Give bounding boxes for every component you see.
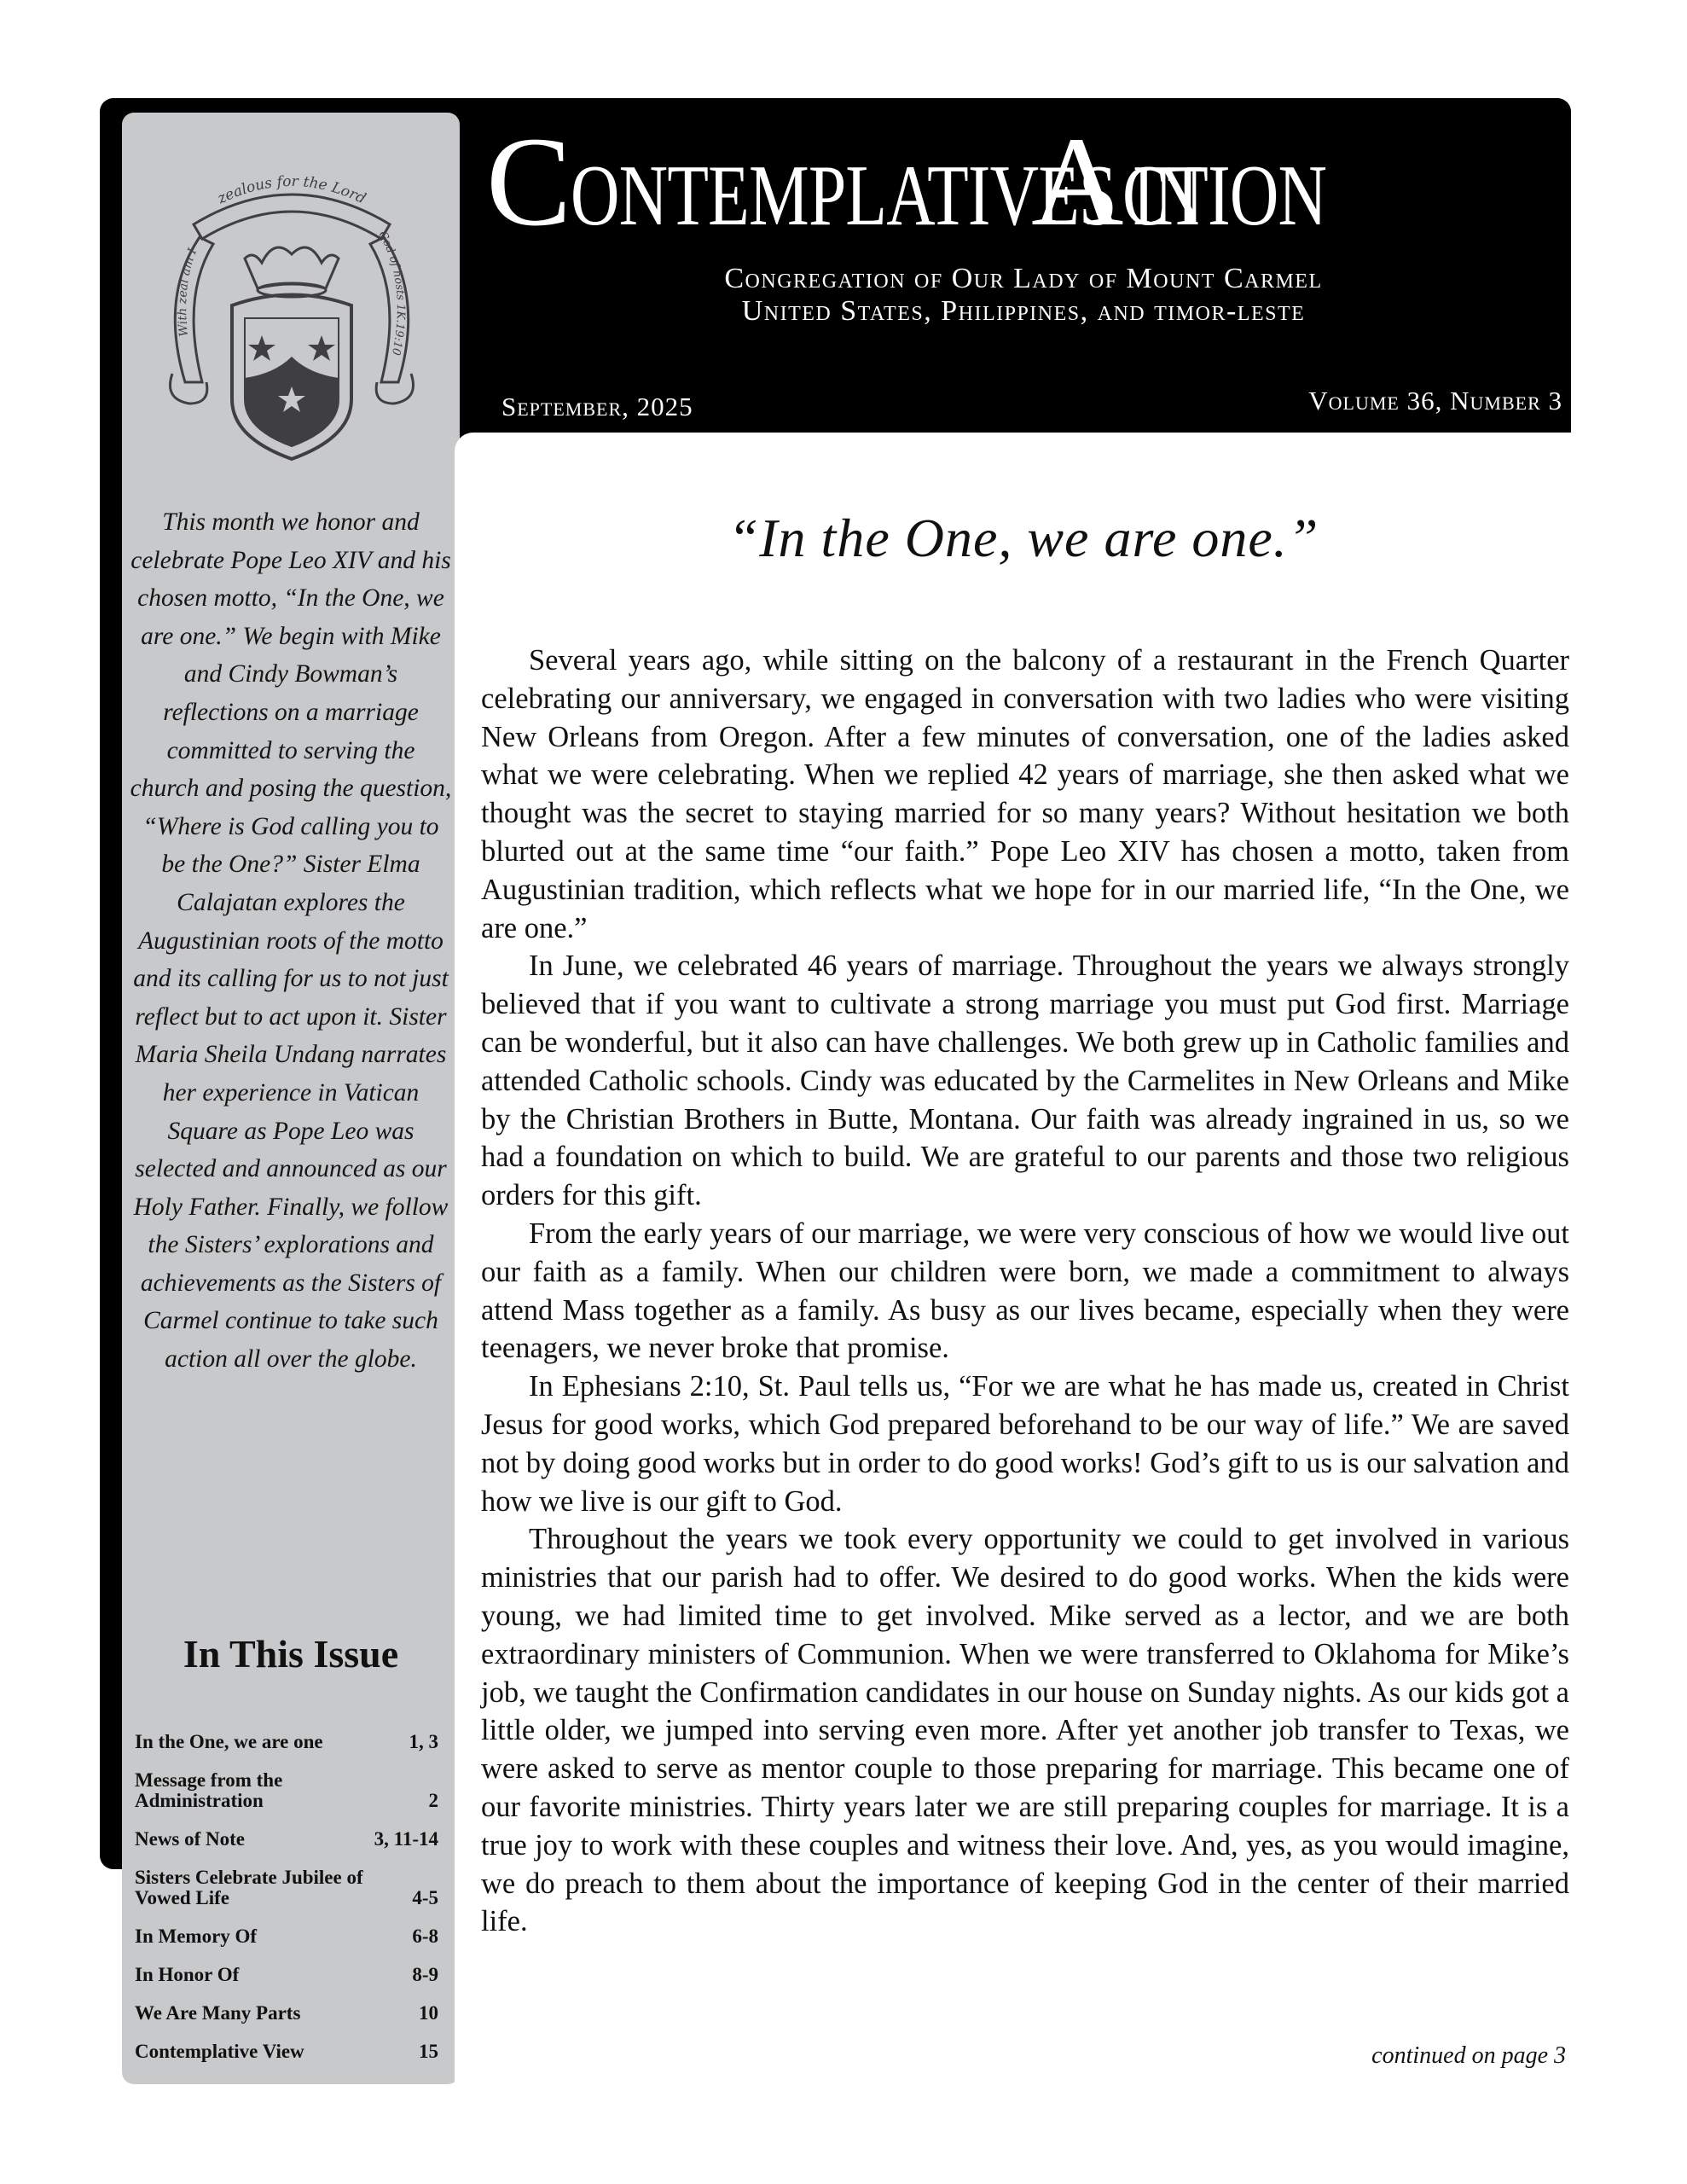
toc-item[interactable]: Contemplative View15: [135, 2042, 438, 2062]
toc-item-pages: 6-8: [412, 1926, 438, 1947]
toc-item[interactable]: In Honor Of8-9: [135, 1965, 438, 1985]
article-paragraph: From the early years of our marriage, we…: [481, 1215, 1569, 1368]
toc-item-label: In the One, we are one: [135, 1732, 323, 1752]
article-body: Several years ago, while sitting on the …: [481, 642, 1569, 1941]
subtitle-countries: United States, Philippines, and timor-le…: [478, 295, 1569, 328]
title-part-ction: CTION: [1122, 132, 1326, 260]
toc-item-label: Sisters Celebrate Jubilee of Vowed Life: [135, 1867, 363, 1908]
toc-item-label: Contemplative View: [135, 2042, 304, 2062]
toc-item-label: We Are Many Parts: [135, 2003, 300, 2024]
title-initial-c: C: [486, 118, 571, 246]
toc-item-pages: 15: [419, 2042, 438, 2062]
toc-item-label: Message from the Administration: [135, 1770, 282, 1811]
toc-item-pages: 4-5: [412, 1888, 438, 1908]
masthead-subtitle: Congregation of Our Lady of Mount Carmel…: [478, 263, 1569, 328]
toc-item-label: In Memory Of: [135, 1926, 257, 1947]
toc-item-pages: 10: [419, 2003, 438, 2024]
toc-item[interactable]: Message from the Administration2: [135, 1770, 438, 1811]
subtitle-congregation: Congregation of Our Lady of Mount Carmel: [478, 263, 1569, 295]
issue-volume: Volume 36, Number 3: [1308, 386, 1562, 416]
title-part-ontemplatives: ONTEMPLATIVES IN: [571, 132, 930, 260]
article-headline: “In the One, we are one.”: [478, 507, 1569, 570]
toc-item[interactable]: We Are Many Parts10: [135, 2003, 438, 2024]
table-of-contents: In the One, we are one1, 3 Message from …: [135, 1732, 438, 2080]
toc-item-label: In Honor Of: [135, 1965, 239, 1985]
article-paragraph: Several years ago, while sitting on the …: [481, 642, 1569, 947]
toc-item[interactable]: Sisters Celebrate Jubilee of Vowed Life4…: [135, 1867, 438, 1908]
svg-text:God of hosts 1K.19:10: God of hosts 1K.19:10: [375, 229, 407, 357]
issue-date: September, 2025: [501, 392, 693, 422]
carmelite-crest-icon: zealous for the Lord With zeal am I God …: [147, 143, 437, 468]
toc-item-label: News of Note: [135, 1829, 245, 1850]
toc-item-pages: 1, 3: [409, 1732, 439, 1752]
toc-item[interactable]: In the One, we are one1, 3: [135, 1732, 438, 1752]
toc-item-pages: 3, 11-14: [374, 1829, 438, 1850]
sidebar-intro: This month we honor and celebrate Pope L…: [130, 503, 452, 1379]
toc-heading: In This Issue: [122, 1631, 460, 1676]
article-paragraph: In Ephesians 2:10, St. Paul tells us, “F…: [481, 1368, 1569, 1520]
toc-item-pages: 2: [429, 1791, 439, 1811]
toc-item-pages: 8-9: [412, 1965, 438, 1985]
toc-item[interactable]: News of Note3, 11-14: [135, 1829, 438, 1850]
continued-link[interactable]: continued on page 3: [1371, 2042, 1566, 2070]
newsletter-title: C ONTEMPLATIVES IN A CTION: [486, 118, 1569, 260]
toc-item[interactable]: In Memory Of6-8: [135, 1926, 438, 1947]
article-paragraph: In June, we celebrated 46 years of marri…: [481, 947, 1569, 1215]
article-paragraph: Throughout the years we took every oppor…: [481, 1520, 1569, 1941]
